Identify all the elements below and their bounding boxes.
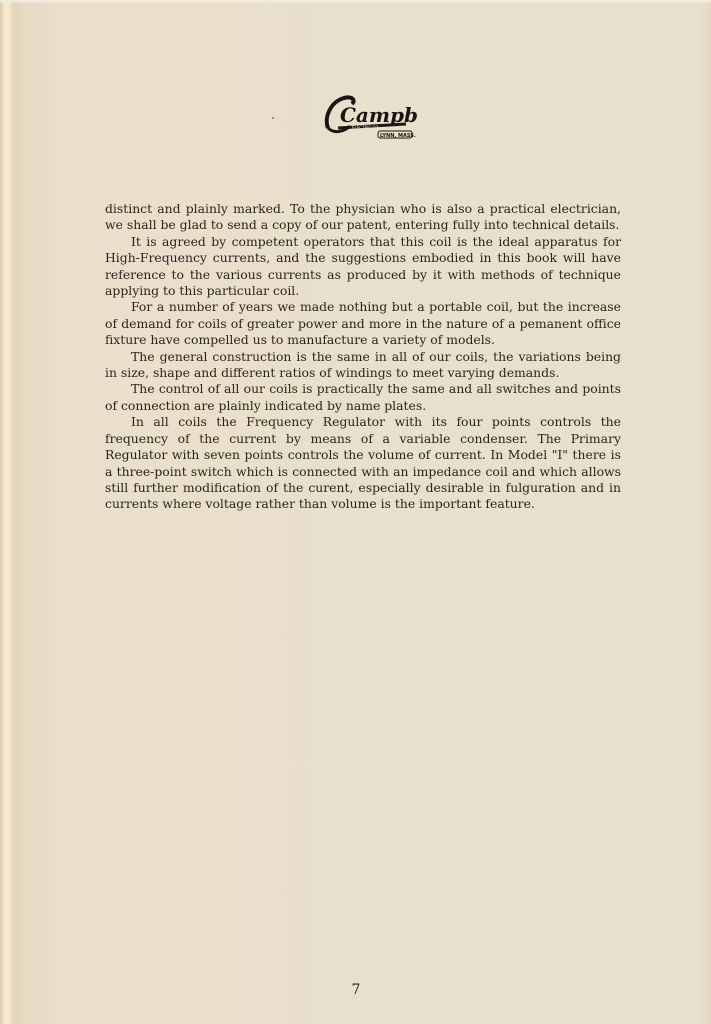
logo-icon: Campbell ELECTRIC CO. LYNN, MASS. xyxy=(322,88,418,140)
paragraph: The control of all our coils is practica… xyxy=(105,381,621,414)
page-top-edge xyxy=(0,0,711,4)
page-number: 7 xyxy=(349,982,363,998)
document-page: Campbell ELECTRIC CO. LYNN, MASS. distin… xyxy=(0,0,711,1024)
paragraph: For a number of years we made nothing bu… xyxy=(105,299,621,348)
campbell-logo: Campbell ELECTRIC CO. LYNN, MASS. xyxy=(322,88,418,140)
svg-text:LYNN, MASS.: LYNN, MASS. xyxy=(380,133,416,139)
paragraph: In all coils the Frequency Regulator wit… xyxy=(105,414,621,512)
svg-text:ELECTRIC CO.: ELECTRIC CO. xyxy=(352,125,380,130)
paragraph: It is agreed by competent operators that… xyxy=(105,234,621,300)
svg-text:Campbell: Campbell xyxy=(340,103,418,127)
speck xyxy=(272,117,274,119)
paragraph: The general construction is the same in … xyxy=(105,349,621,382)
body-text: distinct and plainly marked. To the phys… xyxy=(105,201,621,513)
paragraph: distinct and plainly marked. To the phys… xyxy=(105,201,621,234)
